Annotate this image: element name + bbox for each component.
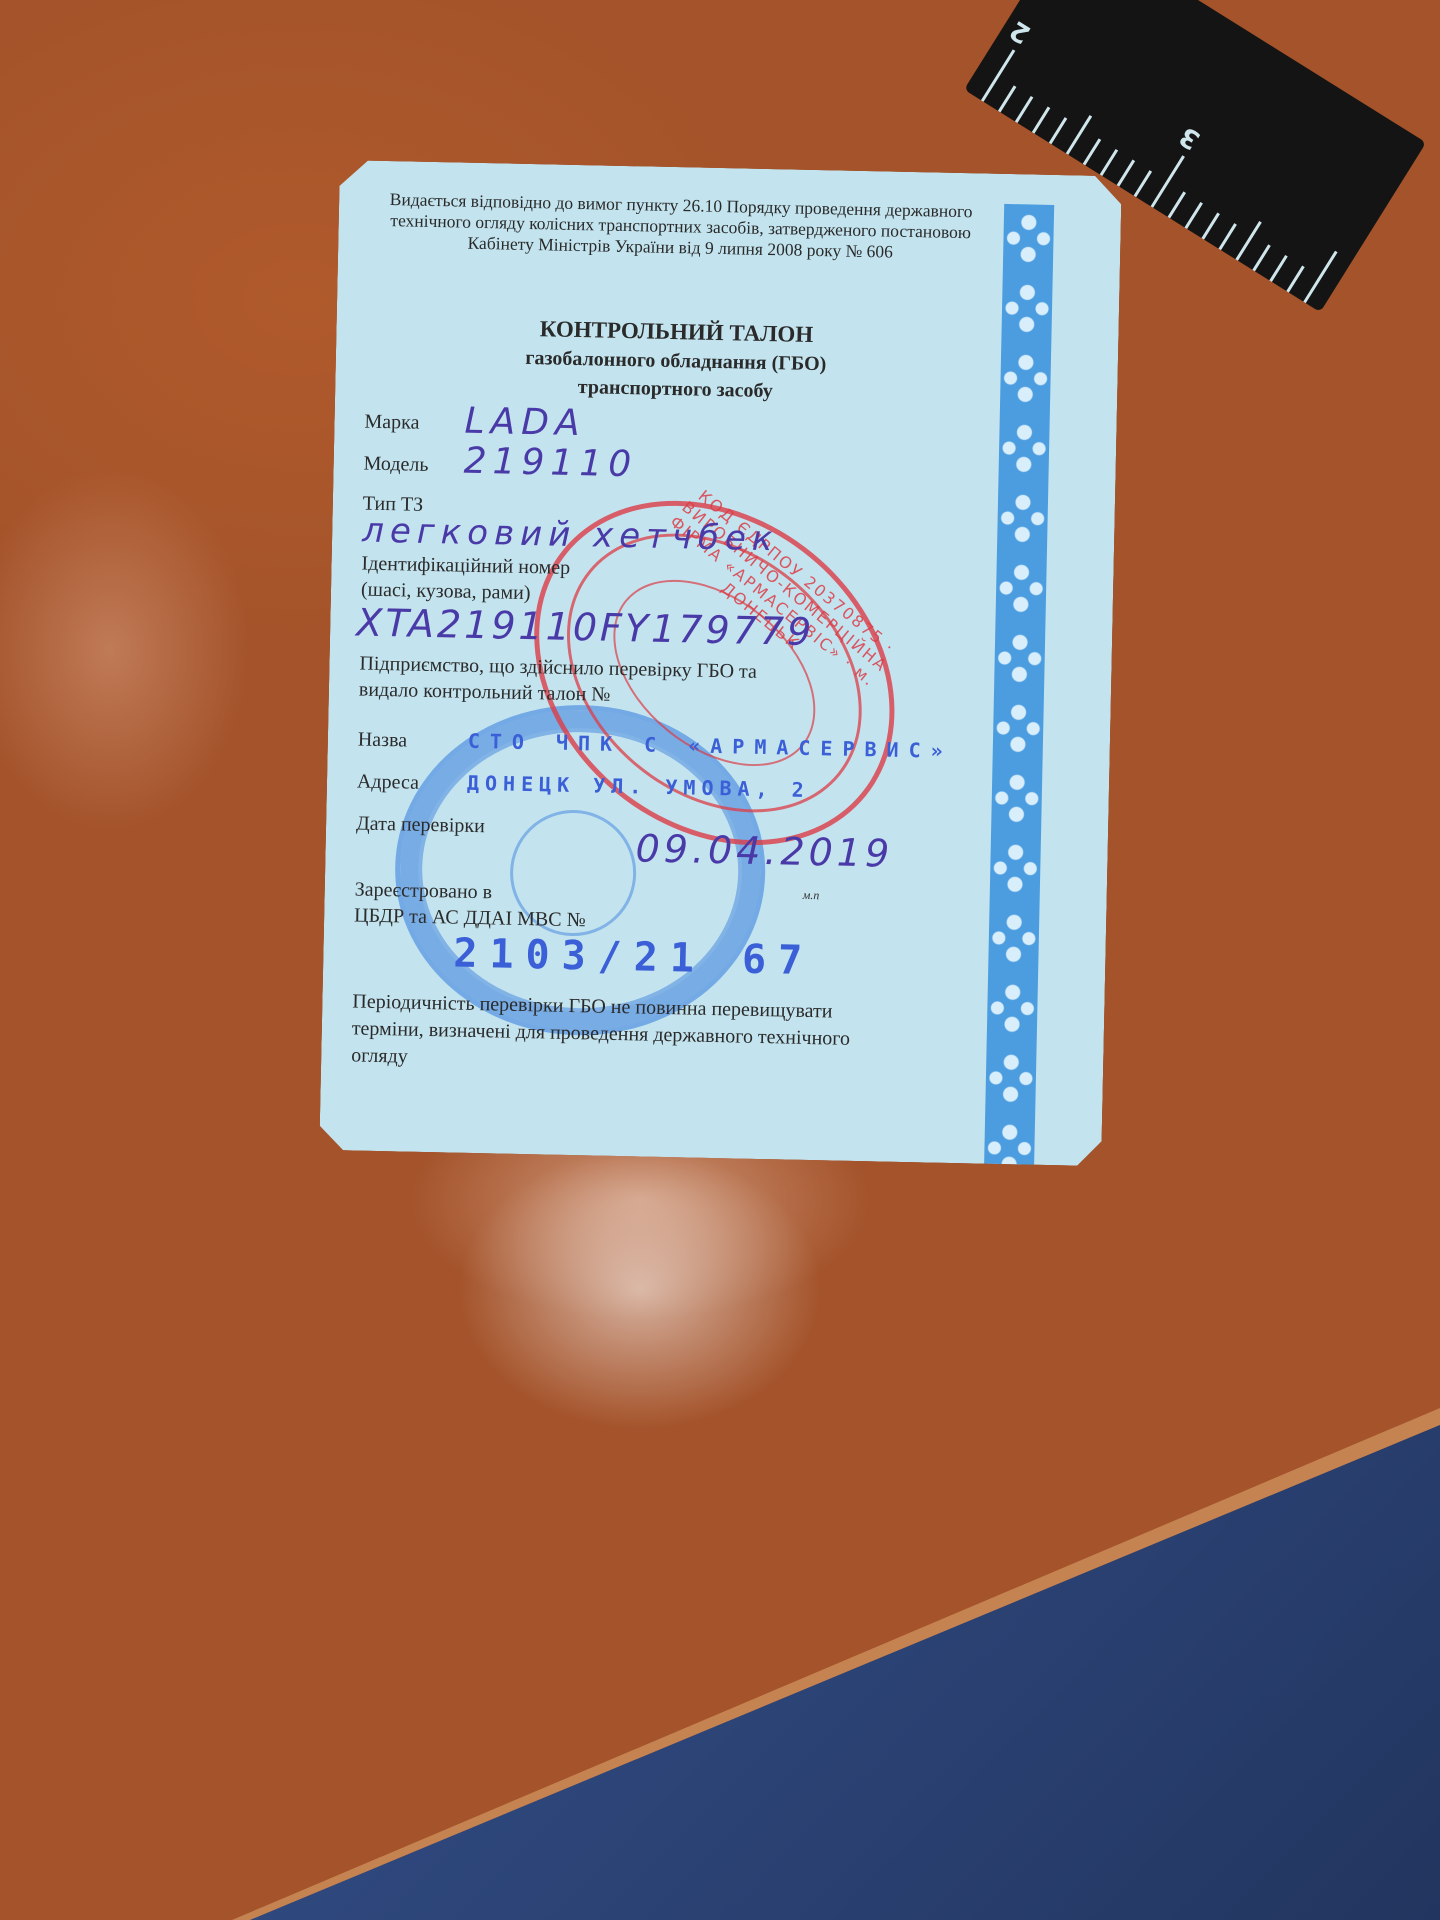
model-label: Модель [363, 453, 428, 477]
vehicle-type-value: легковий хетчбек [362, 511, 779, 560]
make-label: Марка [364, 411, 419, 435]
inspection-date-value: 09.04.2019 [635, 826, 893, 875]
ruler-number: 3 [1174, 120, 1205, 155]
ruler-number: 2 [1005, 14, 1036, 49]
control-card: Видається відповідно до вимог пункту 26.… [319, 160, 1122, 1166]
decorative-strip [984, 204, 1054, 1165]
inspection-date-label: Дата перевірки [356, 812, 485, 838]
registered-label: Зареєстровано в [354, 878, 492, 904]
photo-scene: 3 2 Видається відповідно до вимог пункту… [0, 0, 1440, 1920]
make-value: LADA [464, 401, 586, 445]
card-preamble: Видається відповідно до вимог пункту 26.… [370, 189, 991, 265]
model-value: 219110 [463, 441, 637, 486]
registration-number-value: 2103/21 67 [453, 931, 815, 985]
card-footer: Періодичність перевірки ГБО не повинна п… [351, 988, 873, 1080]
name-label: Назва [358, 729, 408, 753]
enterprise-label-2: видало контрольний талон № [359, 679, 611, 707]
vin-value: XTA219110FY179779 [356, 600, 815, 654]
card-title-block: КОНТРОЛЬНИЙ ТАЛОН газобалонного обладнан… [395, 311, 957, 409]
registered-label-2: ЦБДР та АС ДДАІ МВС № [354, 904, 586, 932]
address-label: Адреса [357, 770, 419, 794]
stamp-place-mark: м.п [803, 888, 820, 903]
vin-label: Ідентифікаційний номер [361, 553, 570, 580]
